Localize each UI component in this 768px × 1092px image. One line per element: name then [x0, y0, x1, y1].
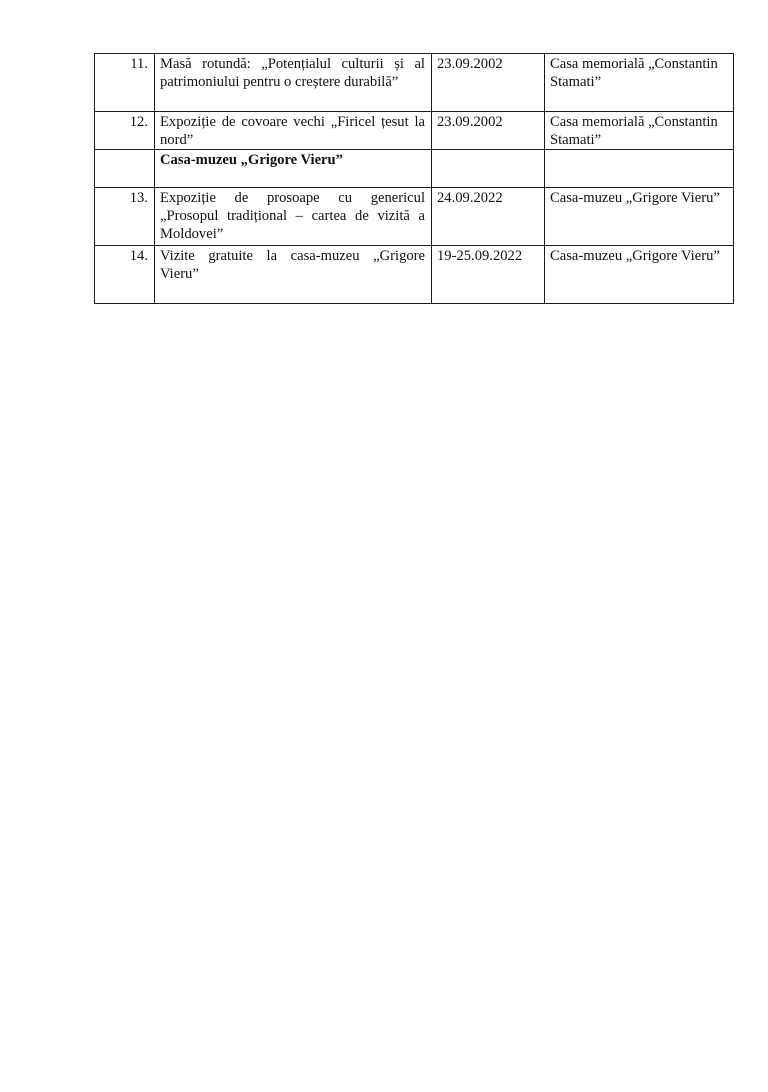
table-row: 13. Expoziție de prosoape cu genericul „…	[95, 188, 734, 246]
table-row: 12. Expoziție de covoare vechi „Firicel …	[95, 112, 734, 150]
event-title: Expoziție de prosoape cu genericul „Pros…	[155, 188, 432, 246]
row-number	[95, 150, 155, 188]
events-table: 11. Masă rotundă: „Potențialul culturii …	[94, 53, 734, 304]
row-number: 12.	[95, 112, 155, 150]
event-date: 24.09.2022	[432, 188, 545, 246]
event-date: 23.09.2002	[432, 54, 545, 112]
event-place: Casa memorială „Constantin Stamati”	[545, 112, 734, 150]
table-row: 14. Vizite gratuite la casa-muzeu „Grigo…	[95, 246, 734, 304]
row-number: 11.	[95, 54, 155, 112]
event-date: 19-25.09.2022	[432, 246, 545, 304]
row-number: 13.	[95, 188, 155, 246]
row-number: 14.	[95, 246, 155, 304]
event-place: Casa-muzeu „Grigore Vieru”	[545, 246, 734, 304]
event-date: 23.09.2002	[432, 112, 545, 150]
section-row: Casa-muzeu „Grigore Vieru”	[95, 150, 734, 188]
section-heading: Casa-muzeu „Grigore Vieru”	[155, 150, 432, 188]
event-date	[432, 150, 545, 188]
event-place: Casa-muzeu „Grigore Vieru”	[545, 188, 734, 246]
event-place: Casa memorială „Constantin Stamati”	[545, 54, 734, 112]
event-title: Vizite gratuite la casa-muzeu „Grigore V…	[155, 246, 432, 304]
event-title: Expoziție de covoare vechi „Firicel țesu…	[155, 112, 432, 150]
event-title: Masă rotundă: „Potențialul culturii și a…	[155, 54, 432, 112]
table-row: 11. Masă rotundă: „Potențialul culturii …	[95, 54, 734, 112]
event-place	[545, 150, 734, 188]
